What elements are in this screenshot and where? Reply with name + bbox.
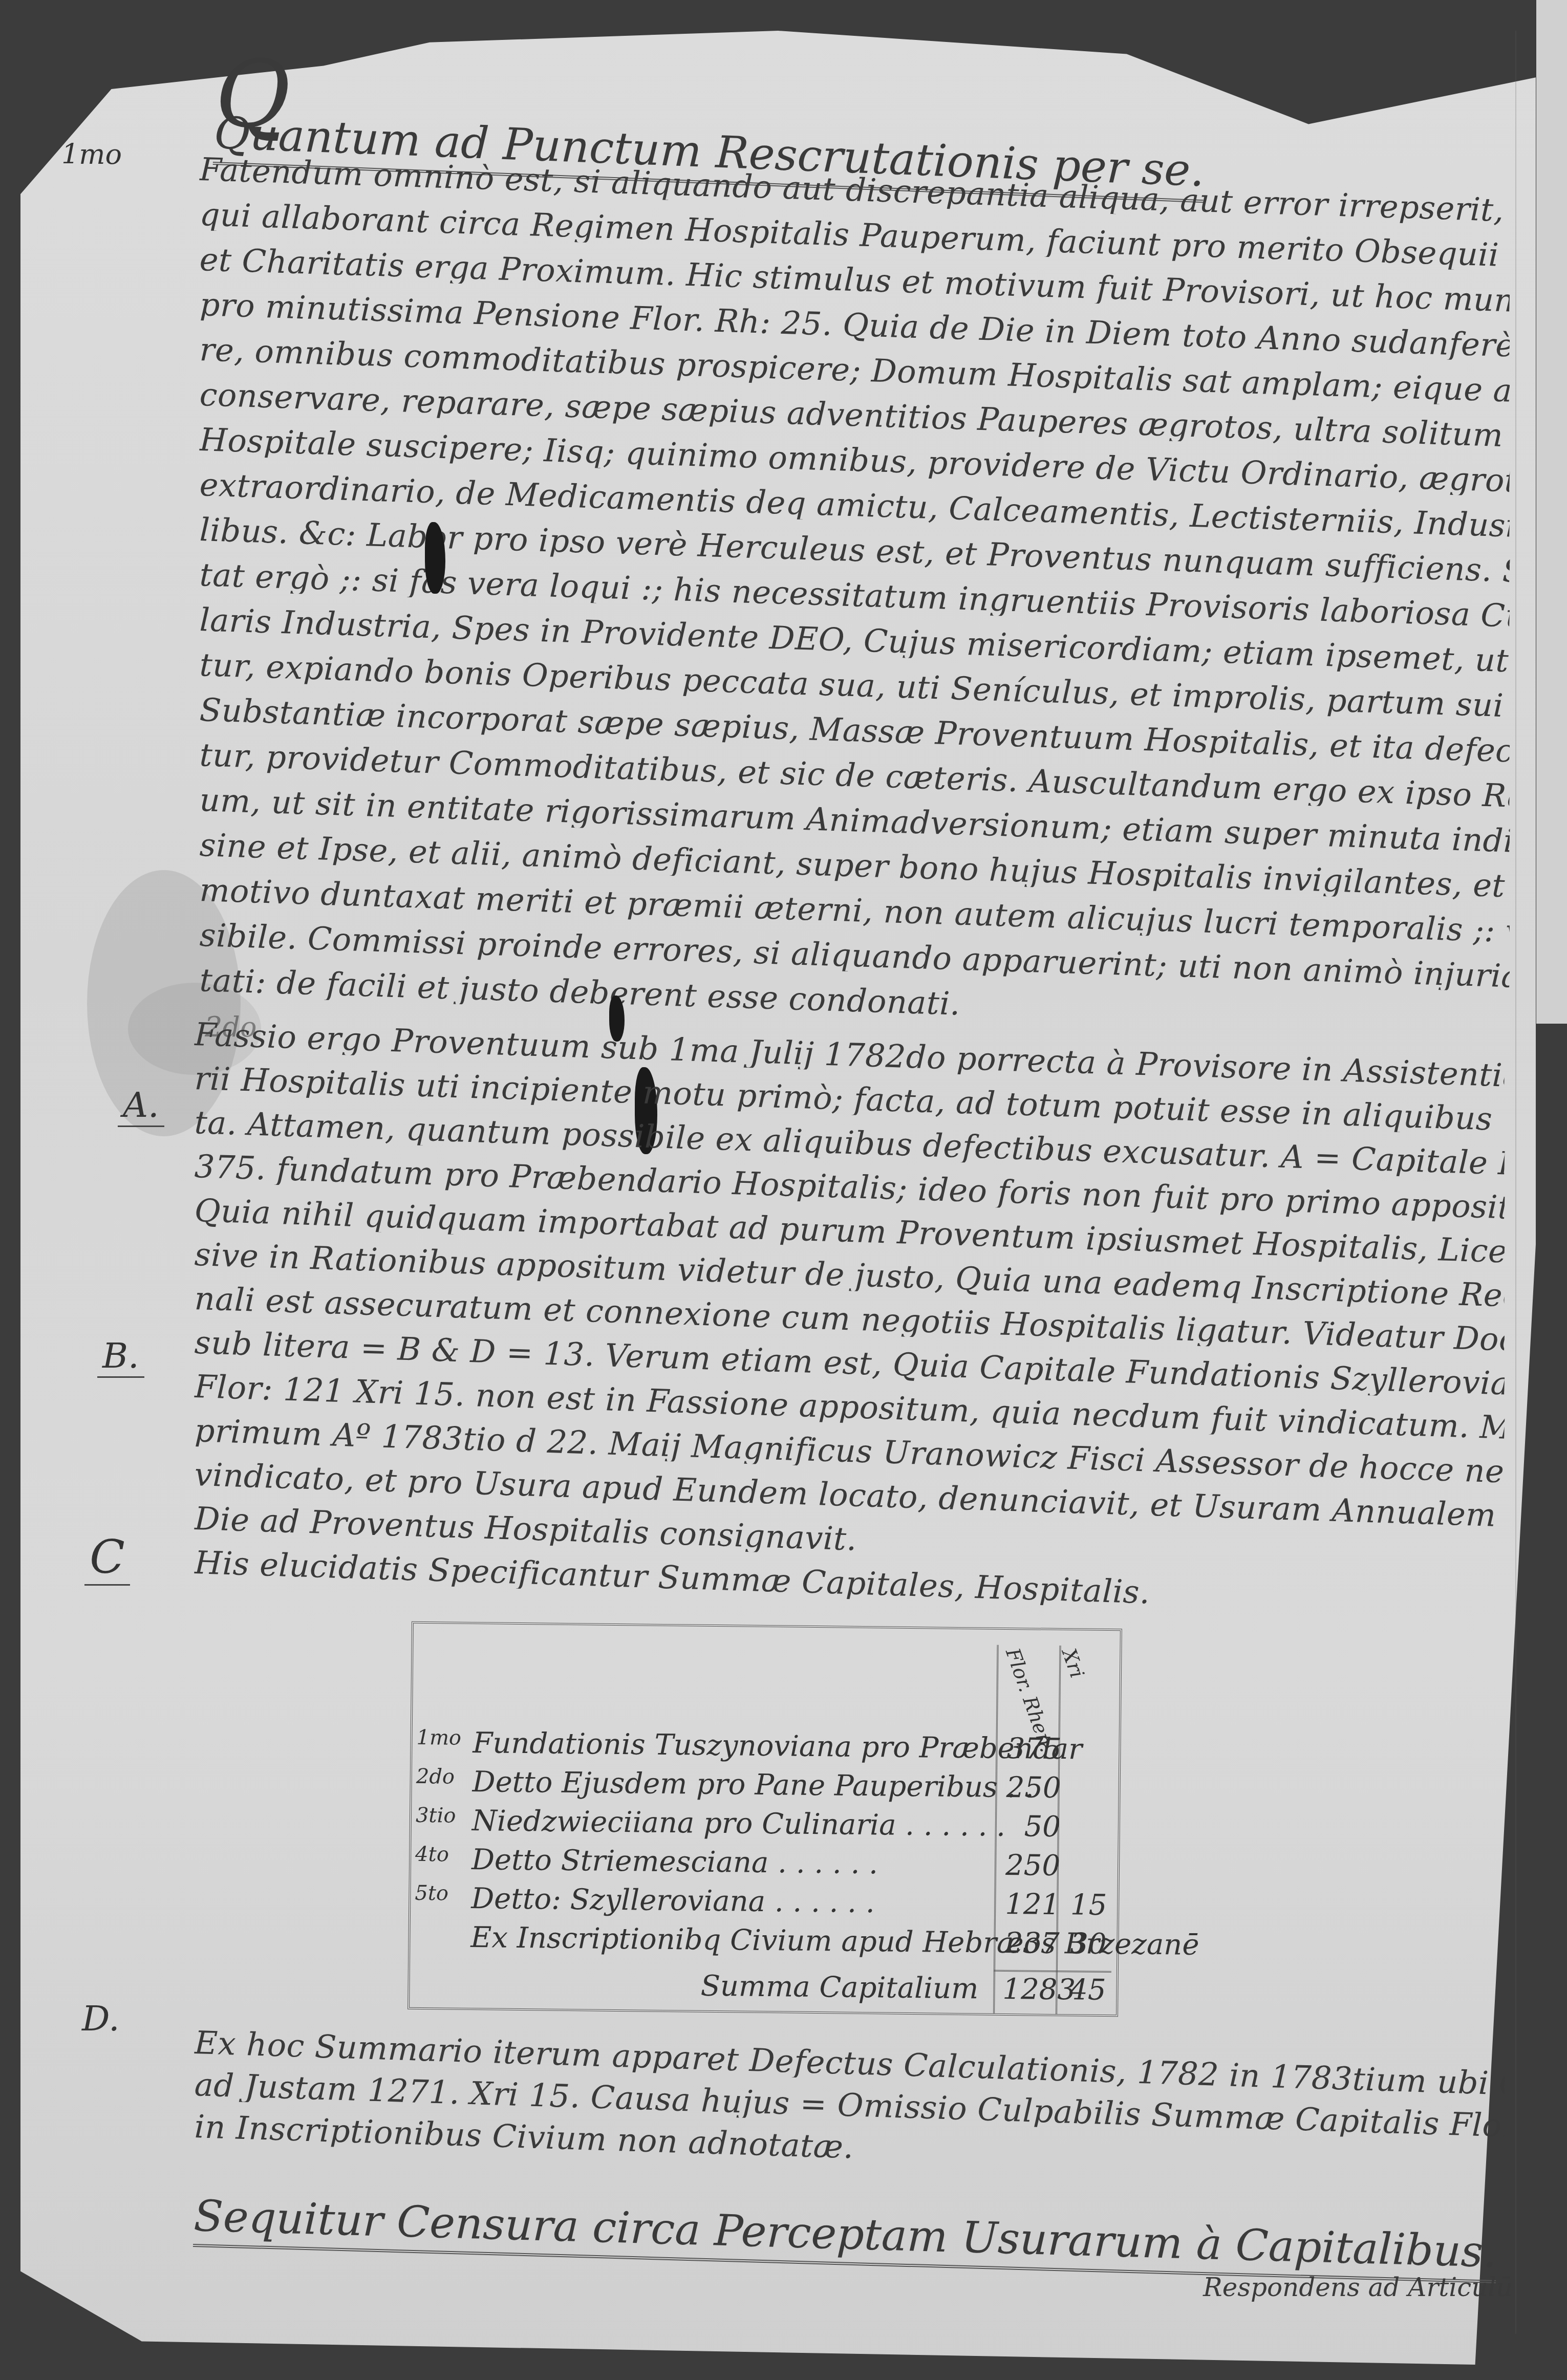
cell-num: 5to	[415, 1881, 448, 1906]
table-total-row: Summa Capitalium 1283 45	[414, 1966, 1110, 2009]
margin-marker-a: A.	[118, 1085, 164, 1127]
cell-kr: 30	[1065, 1927, 1107, 1961]
cell-flor: 121	[1003, 1888, 1060, 1921]
page-fold-line	[1515, 31, 1516, 2334]
cell-flor: 250	[1004, 1849, 1061, 1883]
cell-num: 4to	[415, 1843, 449, 1867]
cell-kr: 15	[1066, 1888, 1107, 1922]
cell-label: Detto Ejusdem pro Pane Pauperibus . .	[472, 1765, 1034, 1804]
adjacent-page-edge	[1536, 0, 1567, 1024]
cell-kr	[1067, 1771, 1108, 1772]
cell-label: Fundationis Tuszynoviana pro Præbendar	[473, 1726, 1082, 1766]
cell-flor: 50	[1004, 1810, 1061, 1844]
catchword: Respondens ad Articulū	[1203, 2273, 1513, 2302]
total-flor: 1283	[1002, 1973, 1059, 2006]
margin-marker-d: D.	[82, 1999, 120, 2039]
cell-num: 2do	[416, 1765, 455, 1789]
column-header-kr: Xri	[1058, 1646, 1089, 1681]
table-row: 2doDetto Ejusdem pro Pane Pauperibus . .…	[416, 1765, 1112, 1808]
table-row: 3tioNiedzwieciiana pro Culinaria . . . .…	[416, 1804, 1112, 1847]
total-kr: 45	[1065, 1973, 1106, 2007]
cell-kr	[1066, 1849, 1107, 1850]
cell-flor: 375	[1005, 1732, 1062, 1766]
table-row: 4toDetto Striemesciana . . . . . .250	[415, 1843, 1112, 1886]
cell-num: 1mo	[416, 1726, 461, 1750]
margin-marker-c: C	[84, 1530, 130, 1586]
cell-label: Detto Striemesciana . . . . . .	[471, 1843, 878, 1880]
table-row: Ex Inscriptionibq Civium apud Hebræos Br…	[414, 1920, 1111, 1963]
total-label: Summa Capitalium	[700, 1970, 978, 2006]
cell-label: Niedzwieciiana pro Culinaria . . . . . .	[472, 1804, 1006, 1843]
cell-num: 3tio	[416, 1804, 456, 1828]
table-row: 1moFundationis Tuszynoviana pro Præbenda…	[416, 1726, 1113, 1769]
capital-summary-table: Flor. Rhen. Xri 1moFundationis Tuszynovi…	[407, 1621, 1122, 2017]
section-marker-1: 1mo	[61, 138, 122, 170]
margin-marker-b: B.	[97, 1336, 144, 1378]
table-row: 5toDetto: Szylleroviana . . . . . .12115	[415, 1881, 1111, 1924]
cell-flor: 250	[1004, 1771, 1061, 1805]
cell-kr	[1067, 1810, 1108, 1811]
cell-label: Detto: Szylleroviana . . . . . .	[471, 1882, 875, 1919]
cell-flor: 237	[1003, 1927, 1060, 1960]
